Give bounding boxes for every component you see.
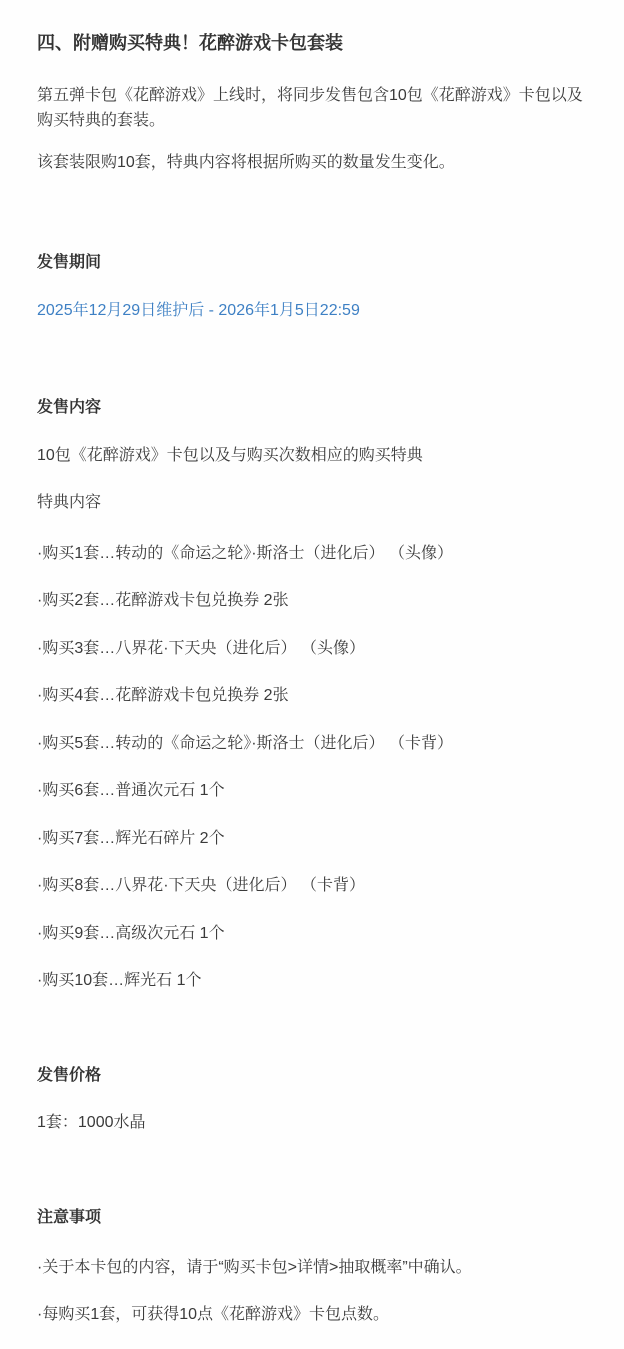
benefit-item-3: ·购买3套…八界花·下天央（进化后） （头像）	[37, 636, 594, 661]
sale-period-row: 2025年12月29日维护后 - 2026年1月5日22:59	[37, 298, 594, 323]
page-title: 四、附赠购买特典！花醉游戏卡包套装	[37, 30, 594, 56]
intro-paragraph-1: 第五弹卡包《花醉游戏》上线时，将同步发售包含10包《花醉游戏》卡包以及购买特典的…	[37, 83, 594, 133]
sale-period-link[interactable]: 2025年12月29日维护后 - 2026年1月5日22:59	[37, 302, 360, 319]
note-item-2: ·每购买1套，可获得10点《花醉游戏》卡包点数。	[37, 1302, 594, 1327]
section-heading-sale-content: 发售内容	[37, 395, 594, 420]
benefits-label: 特典内容	[37, 490, 594, 515]
price-value: 1套：1000水晶	[37, 1110, 594, 1135]
note-item-1: ·关于本卡包的内容，请于“购买卡包>详情>抽取概率”中确认。	[37, 1255, 594, 1280]
section-heading-price: 发售价格	[37, 1063, 594, 1088]
intro-paragraph-2: 该套装限购10套，特典内容将根据所购买的数量发生变化。	[37, 150, 594, 175]
benefit-item-9: ·购买9套…高级次元石 1个	[37, 921, 594, 946]
benefit-item-4: ·购买4套…花醉游戏卡包兑换券 2张	[37, 683, 594, 708]
section-heading-sale-period: 发售期间	[37, 250, 594, 275]
sale-content-description: 10包《花醉游戏》卡包以及与购买次数相应的购买特典	[37, 443, 594, 468]
benefit-item-1: ·购买1套…转动的《命运之轮》·斯洛士（进化后） （头像）	[37, 541, 594, 566]
announcement-page: 四、附赠购买特典！花醉游戏卡包套装 第五弹卡包《花醉游戏》上线时，将同步发售包含…	[0, 0, 624, 1349]
section-heading-notes: 注意事项	[37, 1205, 594, 1230]
benefit-item-8: ·购买8套…八界花·下天央（进化后） （卡背）	[37, 873, 594, 898]
benefit-item-7: ·购买7套…辉光石碎片 2个	[37, 826, 594, 851]
benefit-item-5: ·购买5套…转动的《命运之轮》·斯洛士（进化后） （卡背）	[37, 731, 594, 756]
benefit-item-10: ·购买10套…辉光石 1个	[37, 968, 594, 993]
benefit-item-2: ·购买2套…花醉游戏卡包兑换券 2张	[37, 588, 594, 613]
benefit-item-6: ·购买6套…普通次元石 1个	[37, 778, 594, 803]
